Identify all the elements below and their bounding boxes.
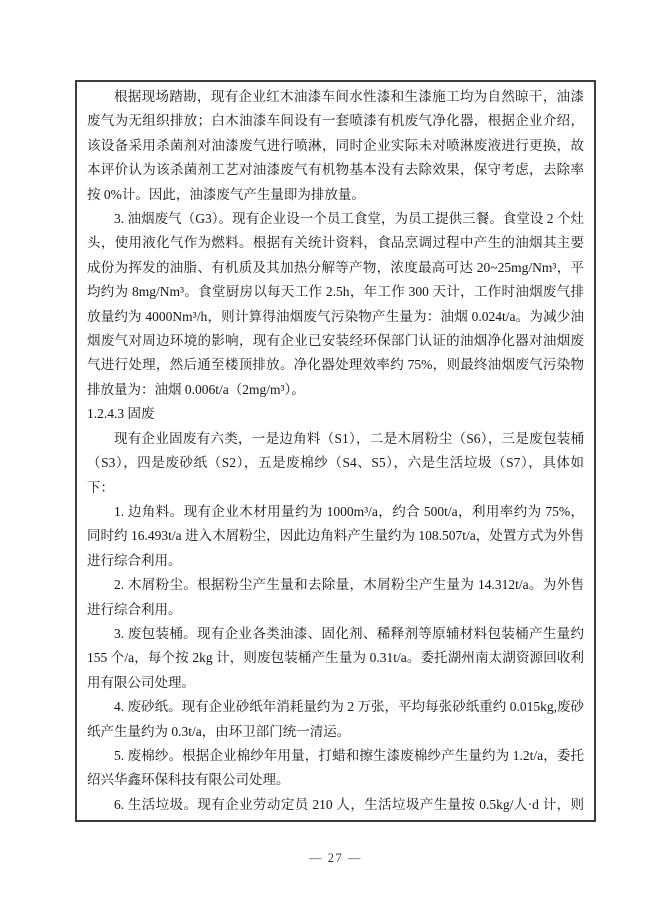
paragraph-item-sandpaper: 4. 废砂纸。现有企业砂纸年消耗量约为 2 万张，平均每张砂纸重约 0.015k… bbox=[87, 695, 584, 744]
section-heading-solid-waste: 1.2.4.3 固废 bbox=[87, 402, 584, 426]
paragraph-item-packaging-drums: 3. 废包装桶。现有企业各类油漆、固化剂、稀释剂等原辅材料包装桶产生量约 155… bbox=[87, 622, 584, 695]
page-number: — 27 — bbox=[0, 851, 671, 866]
paragraph-solid-waste-intro: 现有企业固废有六类，一是边角料（S1），二是木屑粉尘（S6），三是废包装桶（S3… bbox=[87, 427, 584, 500]
paragraph-paint-exhaust: 根据现场踏勘，现有企业红木油漆车间水性漆和生漆施工均为自然晾干，油漆废气为无组织… bbox=[87, 85, 584, 207]
document-border-box: 根据现场踏勘，现有企业红木油漆车间水性漆和生漆施工均为自然晾干，油漆废气为无组织… bbox=[75, 80, 596, 822]
paragraph-item-domestic-waste: 6. 生活垃圾。现有企业劳动定员 210 人，生活垃圾产生量按 0.5kg/人·… bbox=[87, 793, 584, 822]
paragraph-item-sawdust: 2. 木屑粉尘。根据粉尘产生量和去除量，木屑粉尘产生量为 14.312t/a。为… bbox=[87, 573, 584, 622]
document-page: 根据现场踏勘，现有企业红木油漆车间水性漆和生漆施工均为自然晾干，油漆废气为无组织… bbox=[0, 0, 671, 912]
paragraph-item-scrap-wood: 1. 边角料。现有企业木材用量约为 1000m³/a，约合 500t/a，利用率… bbox=[87, 500, 584, 573]
paragraph-item-cotton-yarn: 5. 废棉纱。根据企业棉纱年用量，打蜡和擦生漆废棉纱产生量约为 1.2t/a，委… bbox=[87, 744, 584, 793]
paragraph-cooking-fume-g3: 3. 油烟废气（G3）。现有企业设一个员工食堂，为员工提供三餐。食堂设 2 个灶… bbox=[87, 207, 584, 402]
